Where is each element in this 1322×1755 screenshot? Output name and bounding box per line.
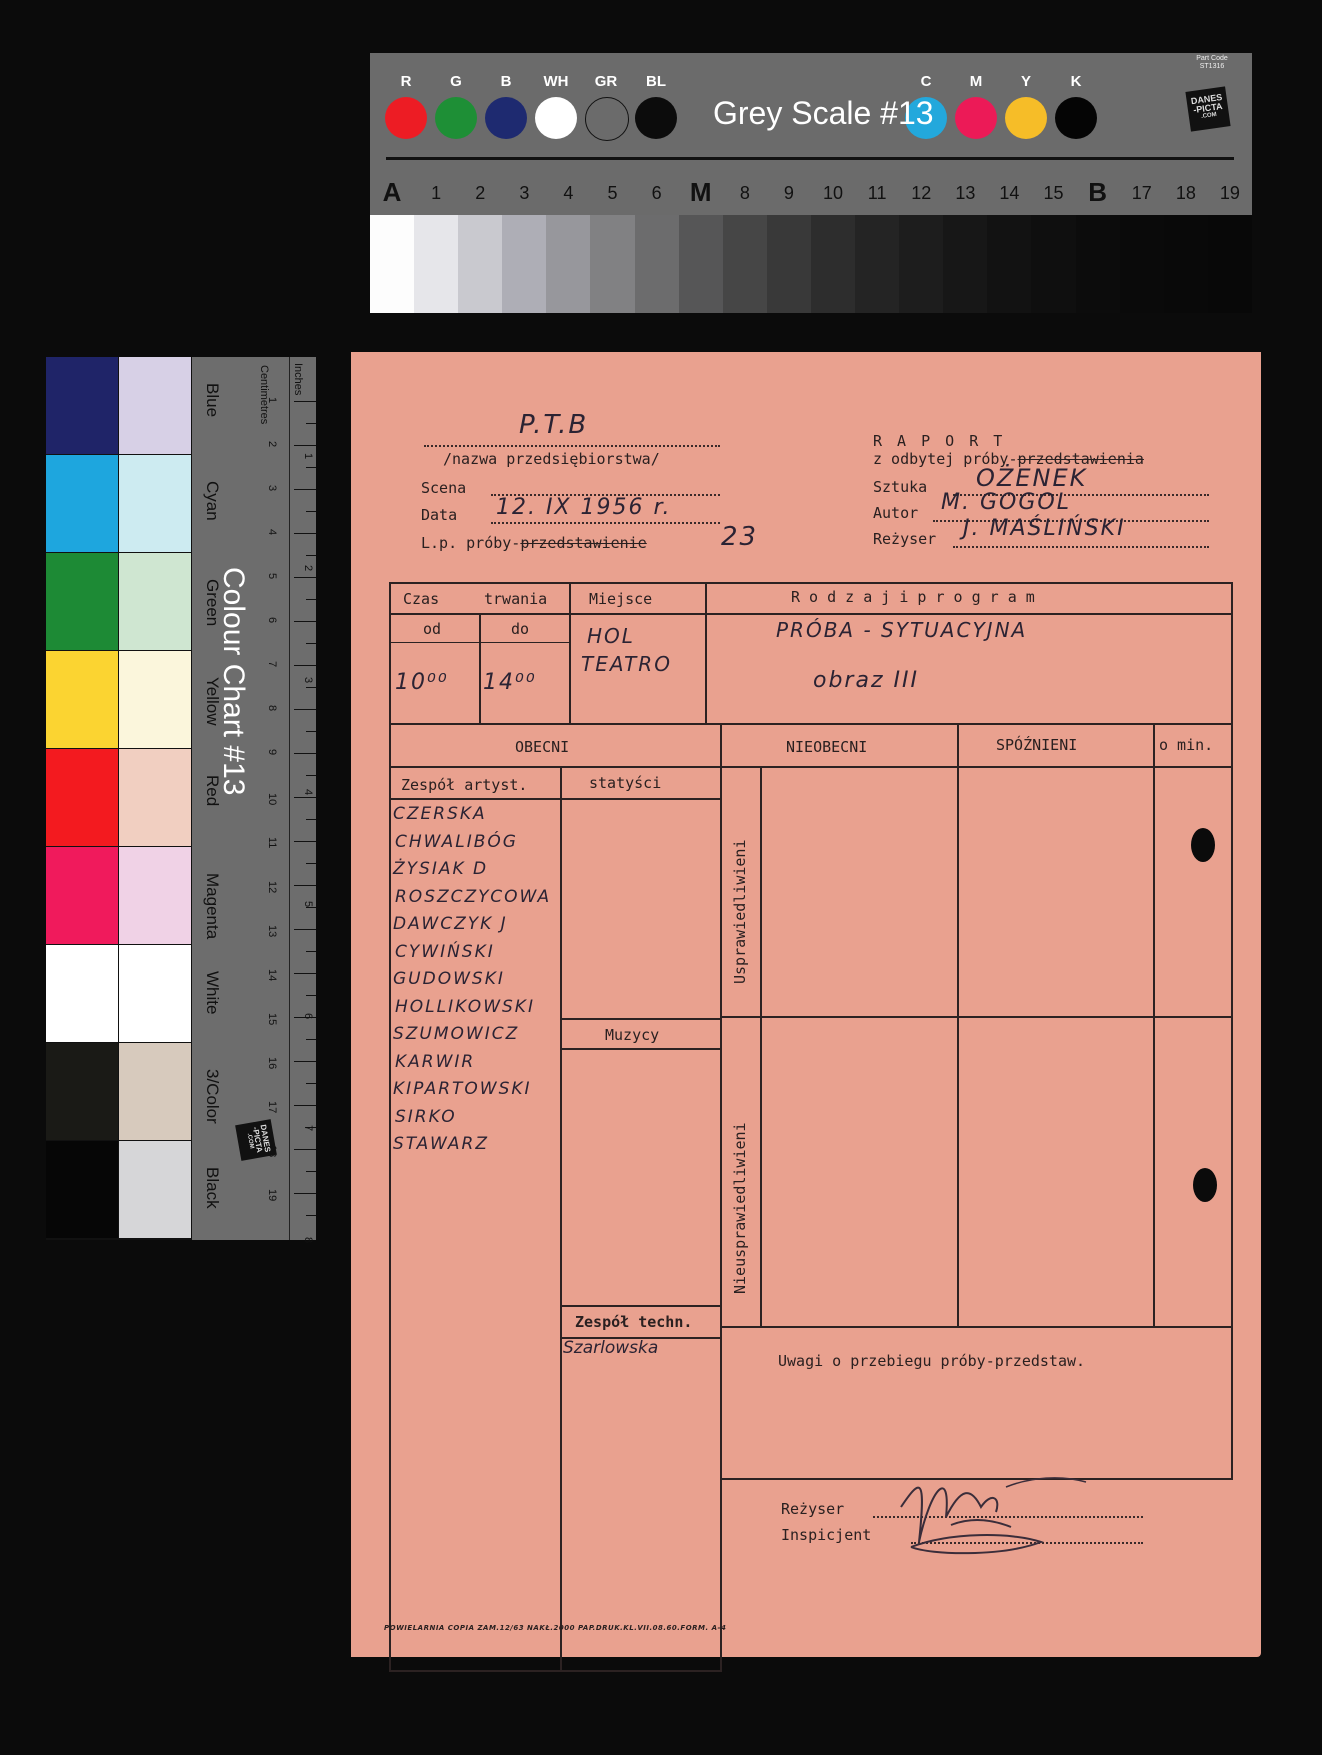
ruler-tick: [306, 1215, 316, 1216]
report-title: R A P O R T: [873, 432, 1005, 450]
scale-step-label: 5: [593, 183, 633, 204]
ruler-cm-label: 8: [266, 705, 278, 711]
swatch-light: [119, 651, 192, 749]
miejsce-value-line-2: TEATRO: [581, 652, 672, 676]
ruler-tick: [294, 533, 316, 534]
sign-rezyser-label: Reżyser: [781, 1500, 844, 1518]
artist-name: KARWIR: [395, 1052, 475, 1072]
colour-swatch-row-cyan: [46, 455, 192, 553]
scale-step-label: 15: [1034, 183, 1074, 204]
ruler-tick: [306, 1083, 316, 1084]
signature-scribble: [891, 1447, 1091, 1557]
company-name-dotted-line: [424, 445, 720, 447]
part-code-value: ST1316: [1192, 63, 1232, 71]
swatch-dark: [46, 357, 119, 455]
swatch-light: [119, 1141, 192, 1239]
colour-swatch-row-magenta: [46, 847, 192, 945]
miejsce-label: Miejsce: [589, 590, 652, 608]
ruler-cm-label: 14: [266, 969, 278, 981]
zespol-techn-value: Szarlowska: [563, 1338, 658, 1358]
ruler-inch-label: 4: [302, 789, 314, 795]
swatch-dark: [46, 749, 119, 847]
usprawiedliwieni-label: Usprawiedliwieni: [731, 840, 749, 985]
ruler-tick: [306, 423, 316, 424]
ruler-tick: [294, 577, 316, 578]
program-value-line-2: obraz III: [813, 668, 919, 693]
grey-step-swatch: [767, 215, 811, 313]
ruler-tick: [294, 841, 316, 842]
grey-step-swatch: [987, 215, 1031, 313]
ruler-cm-label: 19: [266, 1189, 278, 1201]
ruler: [289, 357, 316, 1240]
patch-label: R: [384, 73, 428, 90]
ruler-tick: [294, 445, 316, 446]
scale-step-label: 3: [504, 183, 544, 204]
color-patch-gr: [585, 97, 629, 141]
color-patch-y: [1005, 97, 1047, 139]
artist-name: CYWIŃSKI: [395, 942, 495, 962]
table-border-top: [389, 582, 1233, 584]
ruler-cm-label: 12: [266, 881, 278, 893]
lp-value: 23: [721, 522, 758, 552]
ruler-tick: [294, 929, 316, 930]
colour-swatch-row-red: [46, 749, 192, 847]
sign-inspicjent-label: Inspicjent: [781, 1526, 871, 1544]
ruler-tick: [306, 863, 316, 864]
printer-footer: POWIELARNIA COPIA ZAM.12/63 NAKŁ.2000 PA…: [384, 1624, 726, 1632]
colour-name-label: Magenta: [202, 873, 222, 939]
artist-name: HOLLIKOWSKI: [395, 997, 535, 1017]
colour-name-label: 3/Color: [202, 1069, 222, 1124]
scale-step-label: 6: [637, 183, 677, 204]
colour-swatch-row-blue: [46, 357, 192, 455]
zespol-techn-label: Zespół techn.: [575, 1313, 692, 1331]
ruler-tick: [306, 819, 316, 820]
scale-step-label: 17: [1122, 183, 1162, 204]
patch-label: G: [434, 73, 478, 90]
ruler-cm-label: 17: [266, 1101, 278, 1113]
ruler-inch-label: 7: [302, 1125, 314, 1131]
artist-name: ŻYSIAK D: [393, 859, 488, 879]
grey-step-swatch: [723, 215, 767, 313]
ruler-centimetres-label: Centimetres: [258, 365, 270, 424]
punch-hole: [1191, 828, 1215, 862]
swatch-dark: [46, 651, 119, 749]
rodzaj-program-label: R o d z a j i p r o g r a m: [791, 588, 1035, 606]
grey-step-swatch: [855, 215, 899, 313]
grey-step-swatch: [899, 215, 943, 313]
artist-name: DAWCZYK J: [393, 914, 508, 934]
color-patch-wh: [535, 97, 577, 139]
grey-scale-card: RGBWHGRBLCMYK Grey Scale #13 Part Code S…: [370, 53, 1252, 313]
data-value: 12. IX 1956 r.: [496, 495, 672, 520]
ruler-cm-label: 9: [266, 749, 278, 755]
scena-label: Scena: [421, 479, 466, 497]
artist-name: CHWALIBÓG: [395, 832, 518, 852]
table-divider: [389, 642, 569, 643]
colour-swatch-row-white: [46, 945, 192, 1043]
artist-name: KIPARTOWSKI: [393, 1079, 532, 1099]
trwania-label: trwania: [484, 590, 547, 608]
scale-step-label: 12: [901, 183, 941, 204]
grey-scale-divider: [386, 157, 1234, 160]
ruler-tick: [306, 687, 316, 688]
nieusprawiedliwieni-label: Nieusprawiedliwieni: [731, 1122, 749, 1294]
grey-step-swatch: [1208, 215, 1252, 313]
autor-label: Autor: [873, 504, 918, 522]
colour-name-label: Black: [202, 1167, 222, 1209]
sztuka-label: Sztuka: [873, 478, 927, 496]
ruler-cm-label: 6: [266, 617, 278, 623]
miejsce-value-line-1: HOL: [587, 624, 635, 648]
ruler-inch-label: 6: [302, 1013, 314, 1019]
artist-name: STAWARZ: [393, 1134, 489, 1154]
patch-label: K: [1054, 73, 1098, 90]
artist-name: SIRKO: [395, 1107, 457, 1127]
ruler-tick: [294, 709, 316, 710]
rezyser-label: Reżyser: [873, 530, 936, 548]
table-divider: [705, 582, 707, 724]
table-divider: [389, 723, 1233, 725]
do-value: 14⁰⁰: [483, 670, 537, 695]
scale-step-label: 4: [548, 183, 588, 204]
company-name-caption: /nazwa przedsiębiorstwa/: [443, 450, 660, 468]
grey-step-swatch: [679, 215, 723, 313]
colour-chart-card: BlueCyanGreenYellowRedMagentaWhite3/Colo…: [46, 357, 316, 1240]
ruler-inch-label: 2: [302, 565, 314, 571]
grey-step-swatch: [458, 215, 502, 313]
ruler-cm-label: 4: [266, 529, 278, 535]
grey-step-swatch: [1120, 215, 1164, 313]
scale-step-label: 13: [945, 183, 985, 204]
statysci-label: statyści: [589, 774, 661, 792]
ruler-tick: [294, 489, 316, 490]
table-divider: [720, 1326, 1233, 1328]
table-divider: [560, 1305, 722, 1307]
color-patch-m: [955, 97, 997, 139]
scale-step-label: A: [372, 177, 412, 208]
grey-step-swatch: [635, 215, 679, 313]
ruler-tick: [306, 1039, 316, 1040]
colour-swatch-row-black: [46, 1141, 192, 1239]
patch-label: C: [904, 73, 948, 90]
table-divider: [569, 582, 571, 724]
table-divider: [560, 1048, 722, 1050]
swatch-light: [119, 553, 192, 651]
patch-label: GR: [584, 73, 628, 90]
ruler-cm-label: 5: [266, 573, 278, 579]
ruler-tick: [294, 401, 316, 402]
ruler-tick: [306, 951, 316, 952]
uwagi-label: Uwagi o przebiegu próby-przedstaw.: [778, 1352, 1085, 1370]
patch-label: WH: [534, 73, 578, 90]
muzycy-label: Muzycy: [605, 1026, 659, 1044]
table-divider: [479, 613, 481, 724]
ruler-cm-label: 2: [266, 441, 278, 447]
program-value-line-1: PRÓBA - SYTUACYJNA: [776, 618, 1027, 642]
table-border-left: [389, 582, 391, 1672]
ruler-tick: [294, 621, 316, 622]
colour-name-label: Blue: [202, 383, 222, 417]
colour-chart-title: Colour Chart #13: [216, 567, 250, 795]
lp-label-struck: przedstawienie: [520, 534, 646, 552]
ruler-tick: [306, 467, 316, 468]
table-divider: [720, 1307, 722, 1672]
rehearsal-report-form: P.T.B /nazwa przedsiębiorstwa/ Scena Dat…: [351, 352, 1261, 1657]
ruler-tick: [306, 995, 316, 996]
rezyser-dotted-line: [953, 546, 1209, 548]
scale-step-label: 18: [1166, 183, 1206, 204]
scale-step-label: 2: [460, 183, 500, 204]
ruler-cm-label: 10: [266, 793, 278, 805]
grey-step-swatch: [370, 215, 414, 313]
swatch-dark: [46, 1141, 119, 1239]
swatch-light: [119, 357, 192, 455]
grey-step-swatch: [546, 215, 590, 313]
artist-name: ROSZCZYCOWA: [395, 887, 551, 907]
do-label: do: [511, 620, 529, 638]
colour-name-label: White: [202, 971, 222, 1014]
ruler-tick: [306, 907, 316, 908]
ruler-inch-label: 3: [302, 677, 314, 683]
patch-label: B: [484, 73, 528, 90]
table-divider: [560, 766, 562, 1672]
grey-scale-steps: [370, 215, 1252, 313]
color-patch-r: [385, 97, 427, 139]
o-min-label: o min.: [1159, 736, 1213, 754]
table-border-bottom: [389, 1670, 722, 1672]
lp-label-kept: L.p. próby-: [421, 534, 520, 552]
scale-step-label: 11: [857, 183, 897, 204]
autor-value: M. GOGOL: [941, 490, 1071, 515]
colour-swatch-row-yellow: [46, 651, 192, 749]
patch-label: Y: [1004, 73, 1048, 90]
czas-label: Czas: [403, 590, 439, 608]
ruler-tick: [294, 1193, 316, 1194]
table-divider: [957, 724, 959, 1327]
grey-step-swatch: [414, 215, 458, 313]
company-name-value: P.T.B: [519, 410, 588, 440]
grey-scale-title: Grey Scale #13: [713, 95, 934, 132]
ruler-tick: [306, 643, 316, 644]
ruler-tick: [294, 1061, 316, 1062]
od-label: od: [423, 620, 441, 638]
ruler-cm-label: 1: [266, 397, 278, 403]
data-label: Data: [421, 506, 457, 524]
part-code-label: Part Code: [1192, 55, 1232, 63]
table-divider: [389, 613, 1233, 615]
swatch-light: [119, 749, 192, 847]
ruler-tick: [294, 973, 316, 974]
color-patch-b: [485, 97, 527, 139]
table-divider: [389, 798, 722, 800]
colour-swatch-row-green: [46, 553, 192, 651]
grey-step-swatch: [590, 215, 634, 313]
swatch-dark: [46, 1043, 119, 1141]
colour-chart-label-strip: BlueCyanGreenYellowRedMagentaWhite3/Colo…: [192, 357, 316, 1240]
colour-name-label: Cyan: [202, 481, 222, 521]
scale-step-label: B: [1078, 177, 1118, 208]
table-border-right: [1231, 1326, 1233, 1479]
spoznieni-label: SPÓŹNIENI: [996, 736, 1077, 754]
artist-name: GUDOWSKI: [393, 969, 505, 989]
ruler-cm-label: 7: [266, 661, 278, 667]
ruler-tick: [306, 511, 316, 512]
swatch-light: [119, 1043, 192, 1141]
ruler-tick: [306, 775, 316, 776]
rezyser-value: J. MAŚLIŃSKI: [963, 516, 1126, 541]
nieobecni-label: NIEOBECNI: [786, 738, 867, 756]
grey-step-swatch: [943, 215, 987, 313]
color-patch-g: [435, 97, 477, 139]
swatch-light: [119, 847, 192, 945]
swatch-dark: [46, 945, 119, 1043]
color-patch-k: [1055, 97, 1097, 139]
scale-step-label: 9: [769, 183, 809, 204]
ruler-tick: [306, 599, 316, 600]
obecni-label: OBECNI: [515, 738, 569, 756]
ruler-inch-label: 5: [302, 901, 314, 907]
ruler-tick: [306, 555, 316, 556]
ruler-cm-label: 13: [266, 925, 278, 937]
swatch-dark: [46, 847, 119, 945]
scale-step-label: 8: [725, 183, 765, 204]
scale-step-label: 1: [416, 183, 456, 204]
lp-label: L.p. próby-przedstawienie: [421, 534, 647, 552]
part-code: Part Code ST1316: [1192, 55, 1232, 71]
zespol-artyst-label: Zespół artyst.: [401, 776, 527, 794]
scale-step-label: 14: [989, 183, 1029, 204]
scale-step-label: M: [681, 177, 721, 208]
table-divider: [1153, 724, 1155, 1327]
patch-label: BL: [634, 73, 678, 90]
table-divider: [760, 766, 762, 1327]
grey-step-swatch: [1164, 215, 1208, 313]
sztuka-value: OŻENEK: [976, 464, 1087, 492]
ruler-tick: [294, 1105, 316, 1106]
ruler-cm-label: 15: [266, 1013, 278, 1025]
grey-step-swatch: [1031, 215, 1075, 313]
artist-name: SZUMOWICZ: [393, 1024, 519, 1044]
swatch-dark: [46, 455, 119, 553]
ruler-inch-label: 1: [302, 453, 314, 459]
ruler-tick: [294, 1149, 316, 1150]
ruler-tick: [294, 797, 316, 798]
table-divider: [389, 766, 1233, 768]
ruler-tick: [306, 1171, 316, 1172]
ruler-cm-label: 3: [266, 485, 278, 491]
grey-step-swatch: [811, 215, 855, 313]
patch-label: M: [954, 73, 998, 90]
ruler-inch-label: 8: [302, 1237, 314, 1243]
ruler-tick: [294, 665, 316, 666]
ruler-tick: [306, 731, 316, 732]
table-divider: [720, 1016, 1233, 1018]
swatch-dark: [46, 553, 119, 651]
colour-swatch-row-3-color: [46, 1043, 192, 1141]
color-patch-bl: [635, 97, 677, 139]
artist-name: CZERSKA: [393, 804, 487, 824]
swatch-light: [119, 945, 192, 1043]
punch-hole: [1193, 1168, 1217, 1202]
grey-step-swatch: [502, 215, 546, 313]
ruler-tick: [294, 885, 316, 886]
scale-step-label: 19: [1210, 183, 1250, 204]
data-dotted-line: [491, 522, 720, 524]
danes-picta-logo: DANES -PICTA .COM: [235, 1119, 277, 1161]
scale-step-label: 10: [813, 183, 853, 204]
ruler-cm-label: 16: [266, 1057, 278, 1069]
swatch-light: [119, 455, 192, 553]
grey-step-swatch: [1076, 215, 1120, 313]
danes-picta-logo: DANES -PICTA .COM: [1185, 86, 1230, 131]
table-divider: [560, 1018, 722, 1020]
ruler-cm-label: 11: [266, 837, 278, 848]
od-value: 10⁰⁰: [395, 670, 449, 695]
ruler-tick: [294, 753, 316, 754]
